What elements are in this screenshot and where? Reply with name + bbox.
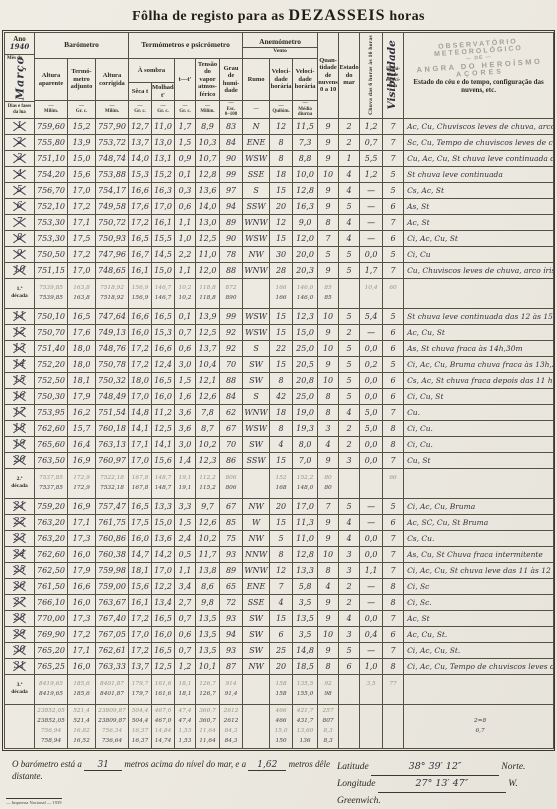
cell-velocidade-horaria: 30 (270, 246, 293, 262)
cell-molhado: 13,6 (152, 530, 175, 546)
cell-seca: 17,5 (129, 514, 152, 530)
cell-decade-label: 2.ª década (5, 468, 35, 498)
cell-velocidade-media: 15,0 (293, 324, 318, 340)
cell-termometro-adjunto: 18,1 (68, 372, 96, 388)
cell-molhado: 12,5 (152, 658, 175, 674)
cell-seca: 16,0 (129, 530, 152, 546)
cell-tensao-vapor: 7,8 (196, 404, 220, 420)
cell-grau-humidade: 62 (220, 404, 243, 420)
cell-chuva: 0,4 (360, 626, 383, 642)
cell-velocidade-media: 8,8 (293, 150, 318, 166)
cell-altura-aparente: 752,50 (35, 372, 68, 388)
cell-tensao-vapor: 12,3 (196, 452, 220, 468)
cell-visibilidade: 5 (383, 498, 404, 514)
cell-chuva: — (360, 594, 383, 610)
cell-visibilidade: 5 (383, 182, 404, 198)
cell-tensao-vapor: 11,0 (196, 246, 220, 262)
cell-altura-corrigida: 750,32 (96, 372, 129, 388)
table-row: 27766,1016,0763,6716,113,42,79,872SSE43,… (5, 594, 554, 610)
cell-estado-mar: 6 (339, 658, 360, 674)
cell-altura-corrigida: 753,88 (96, 166, 129, 182)
dias-label: Dias e fases da lua (5, 101, 34, 118)
cell-termometro-adjunto: 185,6185,6 (68, 674, 96, 704)
cell-altura-aparente: 23852,0523852,05756,94758,94 (35, 704, 68, 748)
cell-day: 19 (5, 436, 35, 452)
cell-termometro-adjunto: 15,0 (68, 150, 96, 166)
cell-estado-mar (339, 468, 360, 498)
cell-altura-aparente: 769,90 (35, 626, 68, 642)
cell-rumo: NW (243, 498, 270, 514)
cell-seca: 18,1 (129, 562, 152, 578)
table-row: 11750,1016,5747,6416,616,50,113,999WSW15… (5, 308, 554, 324)
cell-t-t: 2,7 (175, 594, 196, 610)
cell-molhado: 12,5 (152, 420, 175, 436)
cell-nuvens: 10 (318, 546, 339, 562)
cell-observacoes: Ci, Ac, Cu, Bruma chuva fraca às 13h,30 (404, 356, 554, 372)
cell-molhado: 15,6 (152, 452, 175, 468)
cell-estado-mar: 5 (339, 642, 360, 658)
cell-termometro-adjunto: 17,2 (68, 198, 96, 214)
cell-seca: 12,7 (129, 118, 152, 134)
cell-velocidade-media: 17,0 (293, 498, 318, 514)
cell-rumo: NW (243, 246, 270, 262)
cell-altura-aparente: 753,95 (35, 404, 68, 420)
cell-visibilidade: 5 (383, 356, 404, 372)
cell-t-t: 1,5 (175, 372, 196, 388)
cell-molhado: 16,5 (152, 610, 175, 626)
cell-molhado: 16,0 (152, 388, 175, 404)
cell-visibilidade: 7 (383, 452, 404, 468)
cell-altura-corrigida: 759,00 (96, 578, 129, 594)
cell-tensao-vapor: 13,0 (196, 214, 220, 230)
cell-tensao-vapor: 10,1 (196, 658, 220, 674)
cell-nuvens: 10 (318, 308, 339, 324)
cell-termometro-adjunto: 16,5 (68, 308, 96, 324)
cell-rumo (243, 704, 270, 748)
cell-t-t: 3,3 (175, 498, 196, 514)
cell-rumo: SW (243, 642, 270, 658)
cell-velocidade-horaria: 4 (270, 436, 293, 452)
cell-rumo: ENE (243, 578, 270, 594)
cell-chuva: 1,2 (360, 118, 383, 134)
table-row: 10751,1517,0748,6516,115,01,112,088WNW28… (5, 262, 554, 278)
cell-nuvens: 4 (318, 578, 339, 594)
cell-velocidade-horaria: 15 (270, 230, 293, 246)
table-row: 1759,6015,2757,9012,711,01,78,983N1211,5… (5, 118, 554, 134)
cell-altura-corrigida: 762,61 (96, 642, 129, 658)
header-velocidade-media: Veloci-dade horária (293, 59, 318, 101)
cell-grau-humidade: 99 (220, 308, 243, 324)
cell-rumo: SW (243, 372, 270, 388)
cell-termometro-adjunto: 16,2 (68, 404, 96, 420)
ano-box: Ano 1940 (5, 33, 34, 55)
cell-tensao-vapor: 8,7 (196, 420, 220, 436)
cell-grau-humidade: 86 (220, 452, 243, 468)
cell-chuva: 10,4 (360, 278, 383, 308)
header-t-t: t—t' (175, 59, 196, 101)
cell-tensao-vapor: 10,2 (196, 530, 220, 546)
cell-altura-corrigida: 760,38 (96, 546, 129, 562)
estado-ceu-label: Estado do céu e do tempo, configuração d… (404, 78, 553, 94)
cell-chuva: 0,0 (360, 372, 383, 388)
cell-t-t: 1,5 (175, 134, 196, 150)
cell-chuva: — (360, 230, 383, 246)
cell-termometro-adjunto: 17,5 (68, 230, 96, 246)
cell-visibilidade: 7 (383, 404, 404, 420)
cell-velocidade-horaria: 20 (270, 658, 293, 674)
cell-molhado: 15,3 (152, 324, 175, 340)
cell-molhado: 16,1 (152, 214, 175, 230)
cell-t-t: 0,7 (175, 642, 196, 658)
cell-rumo: SW (243, 436, 270, 452)
cell-grau-humidade: 84 (220, 134, 243, 150)
cell-rumo: SW (243, 626, 270, 642)
unit-veloc2: — Média diurna (293, 101, 318, 119)
cell-estado-mar: 2 (339, 594, 360, 610)
cell-velocidade-horaria: 28 (270, 262, 293, 278)
cell-day: 6 (5, 198, 35, 214)
table-row: 7753,3017,1750,7217,216,11,113,089WNW129… (5, 214, 554, 230)
cell-estado-mar: 2 (339, 134, 360, 150)
cell-tensao-vapor: 10,3 (196, 134, 220, 150)
cell-tensao-vapor: 13,5 (196, 610, 220, 626)
cell-grau-humidade: 75 (220, 530, 243, 546)
cell-grau-humidade: 72 (220, 594, 243, 610)
cell-observacoes: St chuva leve continuada (404, 166, 554, 182)
cell-molhado: 146,7146,7 (152, 278, 175, 308)
cell-rumo (243, 278, 270, 308)
cell-tensao-vapor: 9,8 (196, 594, 220, 610)
cell-altura-corrigida: 750,72 (96, 214, 129, 230)
cell-tensao-vapor: 12,1 (196, 372, 220, 388)
cell-seca: 17,2 (129, 356, 152, 372)
cell-grau-humidade: 93 (220, 642, 243, 658)
cell-day: 27 (5, 594, 35, 610)
cell-termometro-adjunto: 17,1 (68, 642, 96, 658)
cell-molhado: 11,0 (152, 118, 175, 134)
cell-velocidade-horaria: 158158 (270, 674, 293, 704)
cell-grau-humidade: 84 (220, 388, 243, 404)
cell-estado-mar: 5 (339, 262, 360, 278)
cell-estado-mar: 4 (339, 230, 360, 246)
cell-nuvens: 9 (318, 150, 339, 166)
table-row: 12750,7017,6749,1316,015,30,712,592WSW15… (5, 324, 554, 340)
cell-molhado: 15,0 (152, 262, 175, 278)
cell-rumo: WNW (243, 404, 270, 420)
unit-rumo: — (243, 101, 270, 119)
cell-rumo: S (243, 388, 270, 404)
cell-chuva: 3,5 (360, 674, 383, 704)
cell-t-t: 0,1 (175, 308, 196, 324)
cell-velocidade-media: 20,5 (293, 356, 318, 372)
cell-termometro-adjunto: 18,0 (68, 356, 96, 372)
cell-estado-mar: 5 (339, 198, 360, 214)
cell-chuva: 5,4 (360, 308, 383, 324)
cell-rumo: NW (243, 658, 270, 674)
cell-day: 15 (5, 372, 35, 388)
cell-grau-humidade: 99 (220, 166, 243, 182)
cell-altura-corrigida: 750,93 (96, 230, 129, 246)
cell-rumo: SSW (243, 452, 270, 468)
cell-altura-aparente: 763,20 (35, 514, 68, 530)
cell-tensao-vapor: 10,4 (196, 356, 220, 372)
cell-termometro-adjunto: 17,0 (68, 182, 96, 198)
cell-altura-corrigida: 748,49 (96, 388, 129, 404)
cell-molhado: 161,6161,6 (152, 674, 175, 704)
cell-termometro-adjunto: 17,0 (68, 262, 96, 278)
cell-t-t: 10,210,2 (175, 278, 196, 308)
cell-grau-humidade: 806806 (220, 468, 243, 498)
cell-velocidade-media: 12,0 (293, 230, 318, 246)
mes-box: Mês de Março (5, 55, 34, 101)
cell-chuva (360, 704, 383, 748)
cell-seca: 17,0 (129, 626, 152, 642)
cell-termometro-adjunto: 16,9 (68, 452, 96, 468)
cell-velocidade-media: 19,3 (293, 420, 318, 436)
cell-observacoes: Cu. (404, 404, 554, 420)
cell-t-t: 1,4 (175, 452, 196, 468)
footer: O barómetro está a 31 metros acima do ní… (0, 751, 557, 809)
register-table: Ano 1940 Mês de Março Dias e fases da lu… (4, 32, 554, 749)
cell-seca: 16,1 (129, 594, 152, 610)
table-row: 30765,2017,1762,6117,216,50,713,593SW251… (5, 642, 554, 658)
cell-t-t: 1,0 (175, 230, 196, 246)
cell-day: 14 (5, 356, 35, 372)
cell-grau-humidade: 85 (220, 514, 243, 530)
cell-observacoes: As, St chuva fraca às 14h,30m (404, 340, 554, 356)
cell-t-t: 0,7 (175, 324, 196, 340)
cell-nuvens: 3 (318, 420, 339, 436)
cell-altura-corrigida: 754,17 (96, 182, 129, 198)
register-table-frame: Ano 1940 Mês de Março Dias e fases da lu… (2, 30, 555, 751)
cell-decade-label: 1.ª década (5, 278, 35, 308)
cell-observacoes: Cs, Ac, St (404, 182, 554, 198)
cell-velocidade-media: 421,7431,713,60136 (293, 704, 318, 748)
cell-termometro-adjunto: 16,9 (68, 498, 96, 514)
cell-estado-mar (339, 674, 360, 704)
cell-nuvens: 9 (318, 118, 339, 134)
cell-molhado: 13,0 (152, 134, 175, 150)
cell-altura-aparente: 759,20 (35, 498, 68, 514)
cell-termometro-adjunto: 17,9 (68, 388, 96, 404)
cell-grau-humidade: 65 (220, 578, 243, 594)
decade-summary-row: 3.ª década8419,658419,65185,6185,68401,8… (5, 674, 554, 704)
cell-estado-mar: 2 (339, 118, 360, 134)
cell-molhado: 148,7148,7 (152, 468, 175, 498)
cell-chuva: 0,0 (360, 340, 383, 356)
unit-grau: — Esc. 0–100 (220, 101, 243, 119)
cell-visibilidade: 7 (383, 610, 404, 626)
cell-seca: 156,9156,9 (129, 278, 152, 308)
cell-grau-humidade: 90 (220, 150, 243, 166)
header-tensao: Tensão do vapor atmos-férico (196, 59, 220, 101)
cell-altura-corrigida: 7518,927518,92 (96, 278, 129, 308)
cell-rumo: W (243, 514, 270, 530)
cell-t-t: 2,2 (175, 246, 196, 262)
cell-seca: 14,1 (129, 420, 152, 436)
cell-observacoes: Cu, Chuviscos leves de chuva, arco íris (404, 262, 554, 278)
cell-observacoes: Ac, Cu, Chuviscos leves de chuva, arco í… (404, 118, 554, 134)
table-row: 15752,5018,1750,3218,016,51,512,188SW820… (5, 372, 554, 388)
latitude-line: Latitude 38° 39′ 12″ Norte. (337, 759, 547, 776)
cell-visibilidade: 5 (383, 308, 404, 324)
cell-observacoes: Ci, Sc. (404, 594, 554, 610)
table-row: 3751,1015,0748,7414,013,10,910,790WSW88,… (5, 150, 554, 166)
cell-termometro-adjunto: 17,9 (68, 562, 96, 578)
cell-tensao-vapor: 8,6 (196, 578, 220, 594)
cell-nuvens: 4 (318, 436, 339, 452)
cell-termometro-adjunto: 17,2 (68, 626, 96, 642)
cell-nuvens: 10 (318, 626, 339, 642)
cell-observacoes: Cu, Ac, Cu, St chuva leve continuada das… (404, 150, 554, 166)
cell-molhado: 16,5 (152, 642, 175, 658)
cell-velocidade-media: 11,0 (293, 530, 318, 546)
cell-estado-mar: 5 (339, 498, 360, 514)
cell-nuvens: 9 (318, 642, 339, 658)
cell-altura-corrigida: 767,40 (96, 610, 129, 626)
cell-rumo: WSW (243, 324, 270, 340)
cell-day: 18 (5, 420, 35, 436)
cell-tensao-vapor: 9,7 (196, 498, 220, 514)
cell-altura-aparente: 751,40 (35, 340, 68, 356)
cell-grau-humidade: 94 (220, 626, 243, 642)
cell-grau-humidade: 91491,4 (220, 674, 243, 704)
cell-estado-mar: 5 (339, 308, 360, 324)
cell-altura-corrigida: 760,18 (96, 420, 129, 436)
unit-aparente: — Milím. (35, 101, 68, 119)
cell-visibilidade: 8 (383, 594, 404, 610)
cell-seca: 504,4504,416,3716,37 (129, 704, 152, 748)
cell-velocidade-media: 25,0 (293, 340, 318, 356)
header-dias: Ano 1940 Mês de Março Dias e fases da lu… (5, 33, 35, 119)
cell-t-t: 3,4 (175, 578, 196, 594)
cell-termometro-adjunto: 16,0 (68, 594, 96, 610)
cell-altura-aparente: 753,30 (35, 214, 68, 230)
cell-nuvens: 8 (318, 388, 339, 404)
cell-rumo: S (243, 182, 270, 198)
cell-observacoes: Cs, Ac, St chuva fraca depois das 11 hor… (404, 372, 554, 388)
cell-velocidade-horaria: 25 (270, 642, 293, 658)
cell-velocidade-media: 3,5 (293, 626, 318, 642)
cell-molhado: 13,4 (152, 594, 175, 610)
cell-velocidade-media: 25,0 (293, 388, 318, 404)
cell-molhado: 16,5 (152, 372, 175, 388)
cell-velocidade-horaria: 15 (270, 610, 293, 626)
cell-observacoes (404, 468, 554, 498)
cell-day: 7 (5, 214, 35, 230)
cell-observacoes: Cs, Cu. (404, 530, 554, 546)
cell-altura-aparente: 750,70 (35, 324, 68, 340)
cell-tensao-vapor: 14,0 (196, 198, 220, 214)
cell-observacoes: Ci, Cu, St (404, 388, 554, 404)
cell-visibilidade: 6 (383, 340, 404, 356)
cell-nuvens: 10 (318, 340, 339, 356)
cell-altura-corrigida: 760,86 (96, 530, 129, 546)
cell-velocidade-horaria: 8 (270, 546, 293, 562)
cell-molhado: 13,3 (152, 498, 175, 514)
cell-observacoes: Ac, St (404, 214, 554, 230)
cell-chuva: — (360, 642, 383, 658)
cell-altura-corrigida: 8401,878401,87 (96, 674, 129, 704)
cell-molhado: 16,6 (152, 340, 175, 356)
cell-t-t: 47,447,41,531,53 (175, 704, 196, 748)
cell-grau-humidade: 70 (220, 356, 243, 372)
cell-estado-mar: 3 (339, 562, 360, 578)
cell-altura-aparente: 766,10 (35, 594, 68, 610)
cell-velocidade-horaria: 22 (270, 340, 293, 356)
cell-chuva: 0,2 (360, 356, 383, 372)
cell-rumo: SSE (243, 166, 270, 182)
visibilidade-handwritten: Visibilidade (386, 36, 398, 115)
cell-seca: 15,6 (129, 578, 152, 594)
cell-chuva: — (360, 182, 383, 198)
cell-seca: 17,6 (129, 198, 152, 214)
cell-day: 4 (5, 166, 35, 182)
cell-observacoes: 2=86,7 (404, 704, 554, 748)
cell-tensao-vapor: 13,5 (196, 626, 220, 642)
cell-velocidade-horaria: 42 (270, 388, 293, 404)
cell-visibilidade: 7 (383, 562, 404, 578)
cell-tensao-vapor: 11,7 (196, 546, 220, 562)
cell-rumo: ENE (243, 134, 270, 150)
cell-visibilidade: 7 (383, 546, 404, 562)
cell-rumo: WSW (243, 230, 270, 246)
cell-velocidade-media: 146,0146,0 (293, 278, 318, 308)
cell-observacoes: Ci, Ac, Cu, Tempo de chuviscos leves de … (404, 658, 554, 674)
cell-observacoes: Ac, Cu, St. (404, 626, 554, 642)
header-molhado: Molhado t' (152, 83, 175, 101)
cell-termometro-adjunto: 163,8163,8 (68, 278, 96, 308)
table-row: 18762,6015,7760,1814,112,53,68,767WSW819… (5, 420, 554, 436)
cell-visibilidade: 8 (383, 578, 404, 594)
cell-velocidade-horaria: 15 (270, 514, 293, 530)
cell-tensao-vapor: 12,0 (196, 262, 220, 278)
cell-velocidade-horaria: 6 (270, 626, 293, 642)
cell-velocidade-media: 7,3 (293, 134, 318, 150)
table-row: 22763,2017,1761,7517,515,01,512,685W1511… (5, 514, 554, 530)
cell-observacoes: Ac, St (404, 610, 554, 626)
cell-nuvens: 9 (318, 452, 339, 468)
header-observacoes: OBSERVATÓRIO METEOROLÓGICO — DE — ANGRA … (404, 33, 554, 119)
cell-rumo: NNW (243, 546, 270, 562)
cell-altura-aparente: 752,10 (35, 198, 68, 214)
table-row: 21759,2016,9757,4716,513,33,39,767NW2017… (5, 498, 554, 514)
cell-estado-mar: 2 (339, 420, 360, 436)
barometer-distance-value: 1,62 (248, 760, 286, 771)
cell-visibilidade: 77 (383, 674, 404, 704)
cell-velocidade-horaria: 8 (270, 372, 293, 388)
table-row: 9750,5017,2747,9616,714,52,211,078NW3020… (5, 246, 554, 262)
cell-rumo: WSW (243, 420, 270, 436)
cell-velocidade-media: 13,5 (293, 610, 318, 626)
cell-chuva: 0,0 (360, 452, 383, 468)
cell-day: 22 (5, 514, 35, 530)
cell-velocidade-media: 14,8 (293, 642, 318, 658)
cell-chuva: 0,0 (360, 246, 383, 262)
cell-estado-mar: 5 (339, 246, 360, 262)
cell-seca: 17,0 (129, 452, 152, 468)
cell-visibilidade: 7 (383, 118, 404, 134)
cell-estado-mar: 3 (339, 626, 360, 642)
cell-t-t: 0,9 (175, 150, 196, 166)
mes-value: Março (13, 55, 26, 101)
cell-visibilidade: 5 (383, 246, 404, 262)
cell-tensao-vapor: 13,7 (196, 340, 220, 356)
cell-tensao-vapor: 12,5 (196, 230, 220, 246)
cell-altura-aparente: 765,60 (35, 436, 68, 452)
cell-nuvens: 9 (318, 182, 339, 198)
cell-tensao-vapor: 12,5 (196, 324, 220, 340)
